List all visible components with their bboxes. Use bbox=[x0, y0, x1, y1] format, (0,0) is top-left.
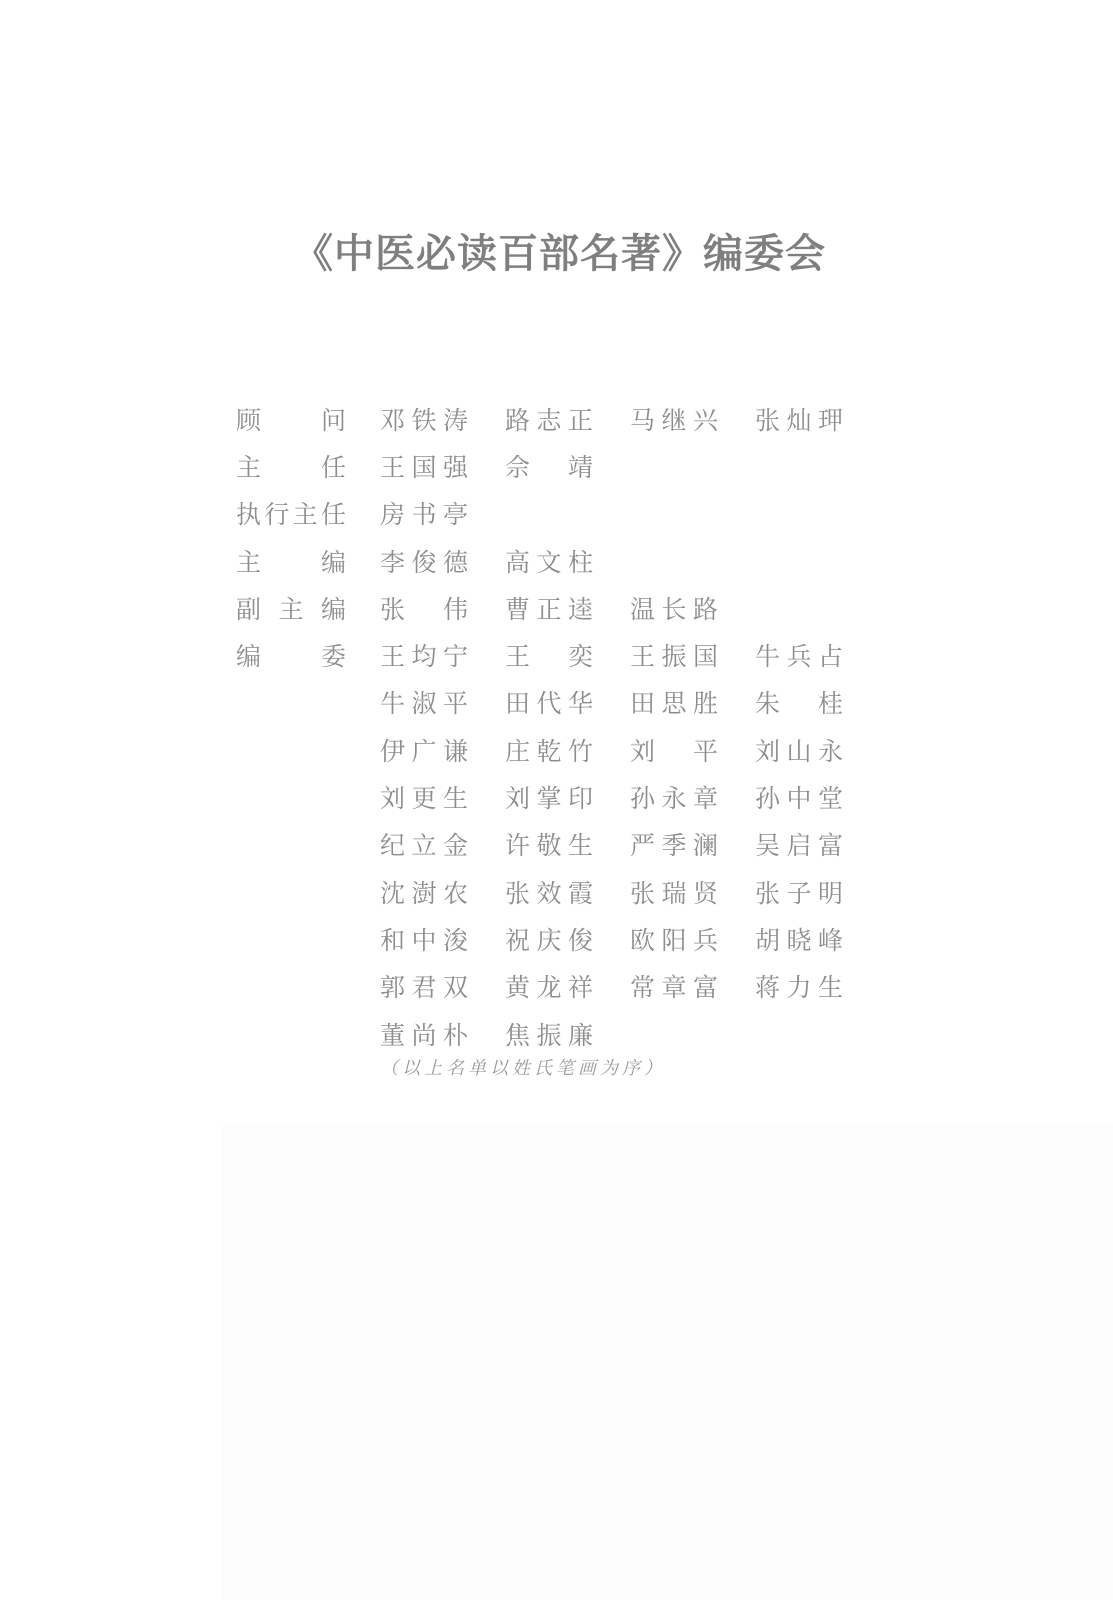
roster-row: 牛淑平田代华田思胜朱桂 bbox=[236, 679, 880, 726]
name-list: 王国强佘靖 bbox=[380, 448, 630, 484]
roster-row: 顾问邓铁涛路志正马继兴张灿玾 bbox=[236, 395, 880, 442]
name-list: 刘更生刘掌印孙永章孙中堂 bbox=[380, 779, 880, 815]
page-shade bbox=[222, 1125, 1113, 1600]
name-list: 李俊德高文柱 bbox=[380, 543, 630, 579]
member-name: 吴启富 bbox=[755, 826, 843, 862]
member-name: 张瑞贤 bbox=[630, 874, 718, 910]
name-list: 牛淑平田代华田思胜朱桂 bbox=[380, 684, 880, 720]
member-name: 刘掌印 bbox=[505, 779, 593, 815]
roster-row: 伊广谦庄乾竹刘平刘山永 bbox=[236, 726, 880, 773]
member-name: 伊广谦 bbox=[380, 732, 468, 768]
member-name: 张子明 bbox=[755, 874, 843, 910]
member-name: 田代华 bbox=[505, 684, 593, 720]
name-list: 邓铁涛路志正马继兴张灿玾 bbox=[380, 401, 880, 437]
name-list: 沈澍农张效霞张瑞贤张子明 bbox=[380, 874, 880, 910]
member-name: 沈澍农 bbox=[380, 874, 468, 910]
member-name: 张伟 bbox=[380, 590, 468, 626]
member-name: 常章富 bbox=[630, 968, 718, 1004]
member-name: 王奕 bbox=[505, 637, 593, 673]
editorial-board-roster: 顾问邓铁涛路志正马继兴张灿玾主任王国强佘靖执行主任房书亭主编李俊德高文柱副主编张… bbox=[236, 395, 880, 1057]
roster-row: 郭君双黄龙祥常章富蒋力生 bbox=[236, 963, 880, 1010]
roster-row: 编委王均宁王奕王振国牛兵占 bbox=[236, 631, 880, 678]
role-label: 顾问 bbox=[236, 401, 346, 437]
roster-row: 主任王国强佘靖 bbox=[236, 442, 880, 489]
role-label: 主任 bbox=[236, 448, 346, 484]
member-name: 孙中堂 bbox=[755, 779, 843, 815]
member-name: 温长路 bbox=[630, 590, 718, 626]
member-name: 路志正 bbox=[505, 401, 593, 437]
member-name: 庄乾竹 bbox=[505, 732, 593, 768]
page-title: 《中医必读百部名著》编委会 bbox=[0, 222, 1113, 279]
ordering-note: （以上名单以姓氏笔画为序） bbox=[380, 1054, 666, 1080]
role-label: 副主编 bbox=[236, 590, 346, 626]
roster-row: 纪立金许敬生严季澜吴启富 bbox=[236, 821, 880, 868]
member-name: 和中浚 bbox=[380, 921, 468, 957]
member-name: 王振国 bbox=[630, 637, 718, 673]
member-name: 田思胜 bbox=[630, 684, 718, 720]
member-name: 焦振廉 bbox=[505, 1016, 593, 1052]
member-name: 胡晓峰 bbox=[755, 921, 843, 957]
roster-row: 刘更生刘掌印孙永章孙中堂 bbox=[236, 773, 880, 820]
roster-row: 董尚朴焦振廉 bbox=[236, 1010, 880, 1057]
member-name: 许敬生 bbox=[505, 826, 593, 862]
role-label: 执行主任 bbox=[236, 495, 346, 531]
member-name: 张效霞 bbox=[505, 874, 593, 910]
member-name: 朱桂 bbox=[755, 684, 843, 720]
member-name: 欧阳兵 bbox=[630, 921, 718, 957]
member-name: 牛兵占 bbox=[755, 637, 843, 673]
member-name: 佘靖 bbox=[505, 448, 593, 484]
name-list: 和中浚祝庆俊欧阳兵胡晓峰 bbox=[380, 921, 880, 957]
member-name: 黄龙祥 bbox=[505, 968, 593, 1004]
member-name: 曹正逵 bbox=[505, 590, 593, 626]
member-name: 马继兴 bbox=[630, 401, 718, 437]
member-name: 李俊德 bbox=[380, 543, 468, 579]
member-name: 孙永章 bbox=[630, 779, 718, 815]
member-name: 高文柱 bbox=[505, 543, 593, 579]
name-list: 房书亭 bbox=[380, 495, 505, 531]
member-name: 蒋力生 bbox=[755, 968, 843, 1004]
role-label: 主编 bbox=[236, 543, 346, 579]
name-list: 郭君双黄龙祥常章富蒋力生 bbox=[380, 968, 880, 1004]
roster-row: 执行主任房书亭 bbox=[236, 490, 880, 537]
member-name: 严季澜 bbox=[630, 826, 718, 862]
member-name: 王均宁 bbox=[380, 637, 468, 673]
member-name: 董尚朴 bbox=[380, 1016, 468, 1052]
member-name: 房书亭 bbox=[380, 495, 468, 531]
member-name: 刘更生 bbox=[380, 779, 468, 815]
member-name: 刘山永 bbox=[755, 732, 843, 768]
roster-row: 和中浚祝庆俊欧阳兵胡晓峰 bbox=[236, 915, 880, 962]
member-name: 郭君双 bbox=[380, 968, 468, 1004]
member-name: 祝庆俊 bbox=[505, 921, 593, 957]
role-label: 编委 bbox=[236, 637, 346, 673]
member-name: 刘平 bbox=[630, 732, 718, 768]
member-name: 牛淑平 bbox=[380, 684, 468, 720]
member-name: 邓铁涛 bbox=[380, 401, 468, 437]
name-list: 董尚朴焦振廉 bbox=[380, 1016, 630, 1052]
name-list: 王均宁王奕王振国牛兵占 bbox=[380, 637, 880, 673]
name-list: 张伟曹正逵温长路 bbox=[380, 590, 755, 626]
name-list: 纪立金许敬生严季澜吴启富 bbox=[380, 826, 880, 862]
roster-row: 主编李俊德高文柱 bbox=[236, 537, 880, 584]
roster-row: 沈澍农张效霞张瑞贤张子明 bbox=[236, 868, 880, 915]
member-name: 纪立金 bbox=[380, 826, 468, 862]
roster-row: 副主编张伟曹正逵温长路 bbox=[236, 584, 880, 631]
member-name: 张灿玾 bbox=[755, 401, 843, 437]
member-name: 王国强 bbox=[380, 448, 468, 484]
name-list: 伊广谦庄乾竹刘平刘山永 bbox=[380, 732, 880, 768]
